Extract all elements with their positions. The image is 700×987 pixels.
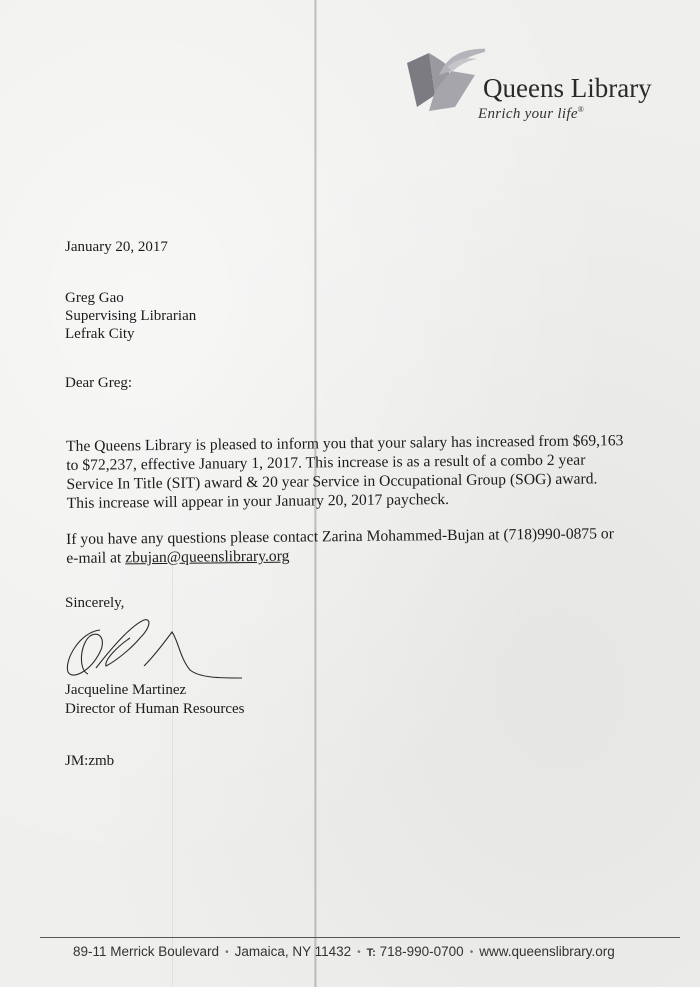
letter-date: January 20, 2017 xyxy=(65,237,168,257)
contact-email-link[interactable]: zbujan@queenslibrary.org xyxy=(125,548,289,567)
footer-city: Jamaica, NY 11432 xyxy=(235,944,352,959)
separator-dot: • xyxy=(225,947,229,958)
organization-name: Queens Library xyxy=(483,73,652,104)
footer-divider xyxy=(40,937,680,938)
recipient-name: Greg Gao xyxy=(65,288,124,308)
phone-label: T: xyxy=(367,947,376,959)
footer-website[interactable]: www.queenslibrary.org xyxy=(479,944,615,959)
queens-library-logo: Queens Library Enrich your life® xyxy=(405,45,665,125)
signer-name: Jacqueline Martinez xyxy=(65,680,186,700)
recipient-title: Supervising Librarian xyxy=(65,306,196,326)
recipient-location: Lefrak City xyxy=(65,324,135,344)
footer-contact: 89-11 Merrick Boulevard•Jamaica, NY 1143… xyxy=(73,944,615,959)
signature xyxy=(60,610,260,685)
tagline: Enrich your life® xyxy=(478,105,584,123)
salutation: Dear Greg: xyxy=(65,373,132,393)
footer-address: 89-11 Merrick Boulevard xyxy=(73,944,219,959)
salary-paragraph: The Queens Library is pleased to inform … xyxy=(66,431,624,513)
separator-dot: • xyxy=(357,947,361,958)
signer-title: Director of Human Resources xyxy=(65,699,245,719)
separator-dot: • xyxy=(470,947,474,958)
footer-phone: 718-990-0700 xyxy=(380,944,464,959)
open-book-flame-icon xyxy=(405,45,485,115)
typist-initials: JM:zmb xyxy=(65,751,114,771)
contact-paragraph: If you have any questions please contact… xyxy=(66,524,614,568)
